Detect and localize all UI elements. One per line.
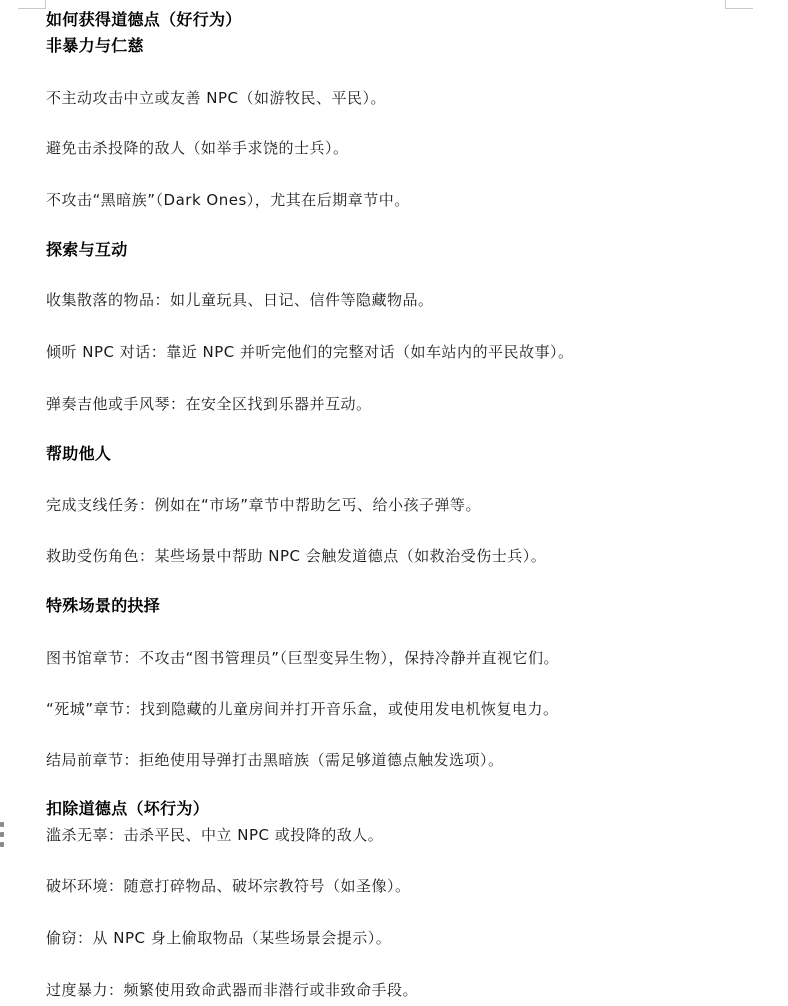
drag-handle-icon[interactable] [0,822,5,850]
drag-dot [0,832,4,837]
list-item: 破坏环境：随意打碎物品、破坏宗教符号（如圣像）。 [46,876,411,896]
crop-mark-top-left-vertical [45,0,46,9]
subsection-heading-special-choices: 特殊场景的抉择 [46,596,160,616]
list-item: 倾听 NPC 对话：靠近 NPC 并听完他们的完整对话（如车站内的平民故事）。 [46,342,574,362]
list-item: 不攻击“黑暗族”（Dark Ones），尤其在后期章节中。 [46,190,410,210]
list-item: 偷窃：从 NPC 身上偷取物品（某些场景会提示）。 [46,928,391,948]
subsection-heading-nonviolence: 非暴力与仁慈 [46,36,144,56]
list-item: 图书馆章节：不攻击“图书管理员”（巨型变异生物），保持冷静并直视它们。 [46,648,559,668]
list-item: 过度暴力：频繁使用致命武器而非潜行或非致命手段。 [46,980,418,1000]
section-title-good-actions: 如何获得道德点（好行为） [46,10,242,30]
subsection-heading-exploration: 探索与互动 [46,240,128,260]
crop-mark-top-right-horizontal [725,8,753,9]
crop-mark-top-left-horizontal [18,8,46,9]
list-item: “死城”章节：找到隐藏的儿童房间并打开音乐盒，或使用发电机恢复电力。 [46,699,559,719]
list-item: 救助受伤角色：某些场景中帮助 NPC 会触发道德点（如救治受伤士兵）。 [46,546,546,566]
list-item: 完成支线任务：例如在“市场”章节中帮助乞丐、给小孩子弹等。 [46,495,481,515]
list-item: 滥杀无辜：击杀平民、中立 NPC 或投降的敌人。 [46,825,383,845]
list-item: 结局前章节：拒绝使用导弹打击黑暗族（需足够道德点触发选项）。 [46,750,504,770]
drag-dot [0,822,4,827]
list-item: 收集散落的物品：如儿童玩具、日记、信件等隐藏物品。 [46,290,434,310]
list-item: 弹奏吉他或手风琴：在安全区找到乐器并互动。 [46,394,372,414]
section-title-bad-actions: 扣除道德点（坏行为） [46,799,209,819]
drag-dot [0,842,4,847]
list-item: 不主动攻击中立或友善 NPC（如游牧民、平民）。 [46,88,386,108]
subsection-heading-helping-others: 帮助他人 [46,444,111,464]
list-item: 避免击杀投降的敌人（如举手求饶的士兵）。 [46,138,349,158]
